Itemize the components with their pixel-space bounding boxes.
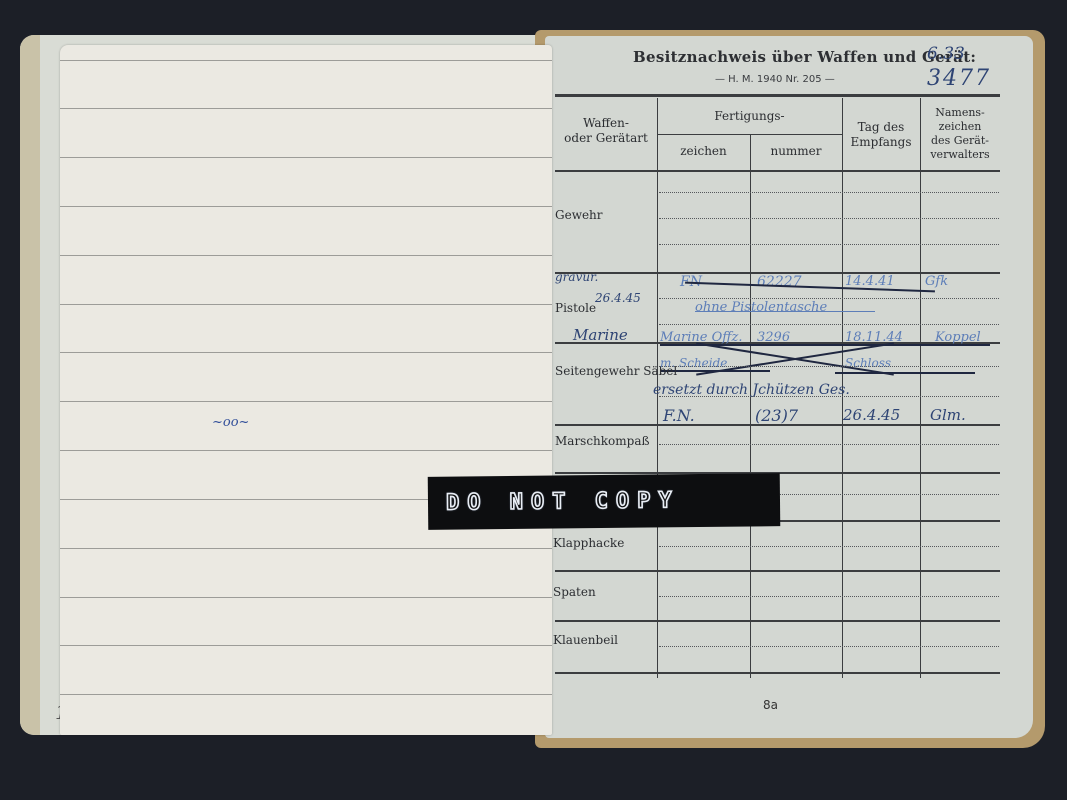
ruled-line — [60, 157, 552, 158]
crossed-date-2: 18.11.44 — [845, 330, 903, 345]
group-header-rule — [657, 134, 842, 135]
ruled-line — [60, 450, 552, 451]
strike-through — [695, 311, 875, 312]
dotted-line — [659, 646, 999, 647]
header-line: zeichen — [920, 120, 1000, 134]
ruled-line — [60, 108, 552, 109]
dotted-line — [659, 546, 999, 547]
dotted-line — [659, 244, 999, 245]
handwritten-date: 26.4.45 — [843, 406, 900, 424]
strike-through — [685, 282, 935, 293]
form-page: Besitznachweis über Waffen und Gerät: 6.… — [545, 36, 1033, 738]
dotted-line — [659, 366, 999, 367]
header-line: Empfangs — [842, 135, 920, 150]
table-top-rule — [555, 94, 1000, 97]
dotted-line — [659, 396, 999, 397]
handwritten-ref-top: 6.33 — [927, 44, 965, 64]
do-not-copy-tape: DO NOT COPY — [428, 473, 781, 530]
dotted-line — [659, 192, 999, 193]
handwritten-ref-bottom: 3477 — [927, 66, 991, 91]
strike-through — [835, 372, 975, 374]
header-line: des Gerät- — [920, 134, 1000, 148]
row-label-gewehr: Gewehr — [555, 208, 603, 222]
row-label-pistole: Pistole — [555, 301, 596, 315]
ruled-line — [60, 206, 552, 207]
dotted-line — [659, 298, 999, 299]
ruled-line — [60, 645, 552, 646]
page-number: 8a — [763, 698, 778, 712]
dotted-line — [659, 596, 999, 597]
ruled-line — [60, 694, 552, 695]
ruled-line — [60, 304, 552, 305]
col-divider-4 — [920, 98, 921, 678]
row-label-klauenbeil: Klauenbeil — [553, 633, 618, 647]
row-label-spaten: Spaten — [553, 585, 596, 599]
ruled-line — [60, 352, 552, 353]
header-line: Tag des — [842, 120, 920, 135]
watermark-text: DO NOT COPY — [446, 488, 680, 515]
ink-smudge: ~oo~ — [212, 415, 249, 430]
dotted-line — [659, 324, 999, 325]
header-fertigungs: Fertigungs- — [657, 109, 842, 124]
header-tag-des-empfangs: Tag des Empfangs — [842, 120, 920, 150]
header-line: Namens- — [920, 106, 1000, 120]
crossed-number: 62227 — [757, 274, 802, 290]
crossed-initial: Gfk — [925, 274, 948, 289]
header-gerätart: Waffen- oder Gerätart — [555, 116, 657, 146]
header-line: verwalters — [920, 148, 1000, 162]
form-subtitle: — H. M. 1940 Nr. 205 — — [715, 74, 835, 85]
row-rule — [555, 620, 1000, 622]
row-rule — [555, 424, 1000, 426]
header-line: oder Gerätart — [555, 131, 657, 146]
header-namenszeichen: Namens- zeichen des Gerät- verwalters — [920, 106, 1000, 162]
row-rule — [555, 570, 1000, 572]
crossed-note: ohne Pistolentasche — [695, 300, 827, 315]
ruled-line — [60, 60, 552, 61]
header-nummer: nummer — [750, 144, 842, 159]
ruled-line — [60, 401, 552, 402]
table-bottom-rule — [555, 672, 1000, 674]
header-bottom-rule — [555, 170, 1000, 172]
form-title: Besitznachweis über Waffen und Gerät: — [633, 48, 976, 66]
header-line: Waffen- — [555, 116, 657, 131]
dotted-line — [659, 444, 999, 445]
handwritten-number: (23)7 — [755, 406, 798, 425]
ruled-line — [60, 597, 552, 598]
annotation-gravur: gravur. — [555, 270, 598, 284]
header-zeichen: zeichen — [657, 144, 750, 159]
row-label-klapphacke: Klapphacke — [553, 536, 624, 550]
handwritten-initial: Glm. — [930, 406, 966, 424]
left-cover-edge — [20, 35, 40, 735]
ruled-line — [60, 255, 552, 256]
handwritten-fn: F.N. — [663, 406, 695, 425]
row-label-marschkompass: Marschkompaß — [555, 434, 650, 448]
crossed-koppel: Koppel — [935, 330, 981, 345]
ruled-line — [60, 548, 552, 549]
blank-ruled-page: ~oo~ — [60, 45, 552, 735]
annotation-date: 26.4.45 — [595, 291, 641, 305]
dotted-line — [659, 218, 999, 219]
crossed-number-2: 3296 — [757, 330, 790, 345]
